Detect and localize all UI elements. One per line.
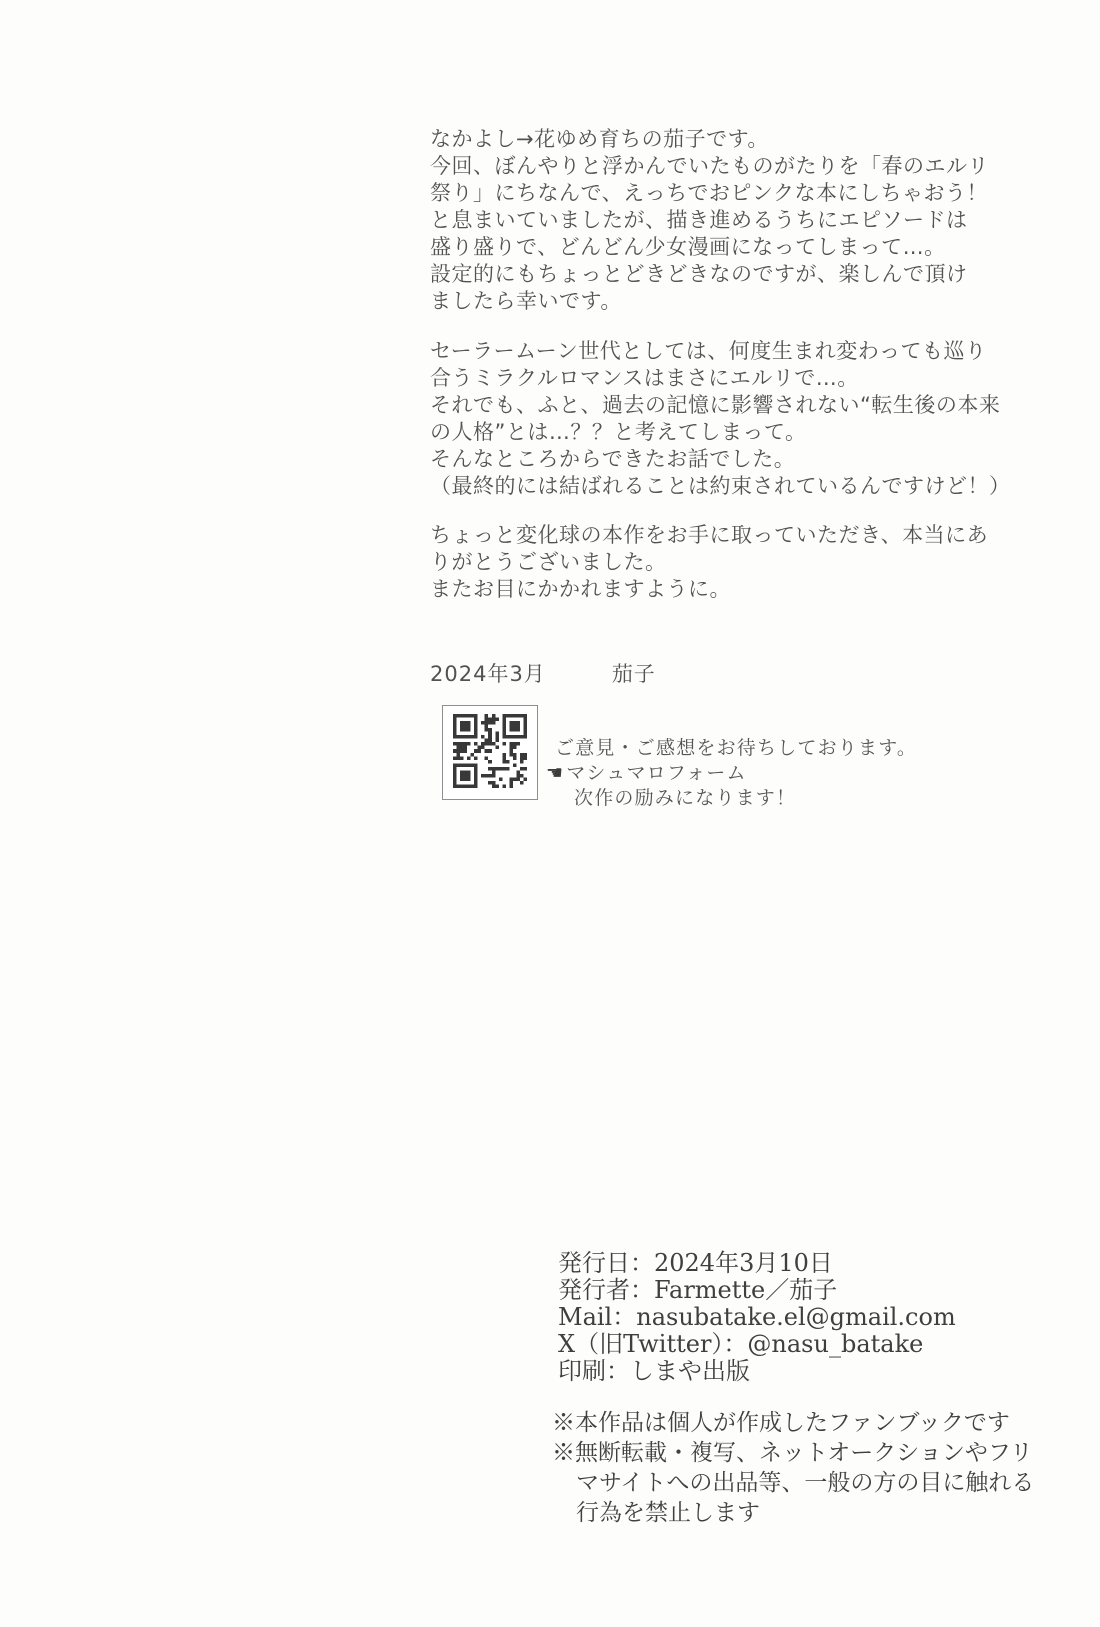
disclaimer-line: ※無断転載・複写、ネットオークションやフリ — [552, 1438, 1034, 1468]
colophon-line-x-twitter: X（旧Twitter）：@nasu_batake — [558, 1331, 956, 1358]
afterword-paragraph-1: なかよし→花ゆめ育ちの茄子です。 今回、ぼんやりと浮かんでいたものがたりを「春の… — [430, 126, 989, 315]
text-line: 盛り盛りで、どんどん少女漫画になってしまって…。 — [430, 234, 989, 261]
text-line: そんなところからできたお話でした。 — [430, 446, 1011, 473]
text-line: ちょっと変化球の本作をお手に取っていただき、本当にあ — [430, 522, 988, 549]
afterword-paragraph-2: セーラームーン世代としては、何度生まれ変わっても巡り 合うミラクルロマンスはまさ… — [430, 338, 1011, 500]
colophon-line-printer: 印刷：しまや出版 — [558, 1358, 956, 1385]
text-line: ましたら幸いです。 — [430, 288, 989, 315]
marshmallow-form-label: マシュマロフォーム — [566, 762, 746, 784]
disclaimer-line: ※本作品は個人が作成したファンブックです — [552, 1408, 1034, 1438]
text-line: なかよし→花ゆめ育ちの茄子です。 — [430, 126, 989, 153]
text-line: （最終的には結ばれることは約束されているんですけど！） — [430, 473, 1011, 500]
scanned-page: { "page": { "background": "#fdfdfc", "bo… — [0, 0, 1100, 1627]
disclaimer-line: 行為を禁止します — [552, 1498, 1034, 1528]
feedback-line: ご意見・ご感想をお待ちしております。 — [546, 736, 917, 761]
pointing-hand-left-icon: ☚ — [546, 762, 564, 784]
qr-code-box — [442, 705, 538, 800]
text-line: と息まいていましたが、描き進めるうちにエピソードは — [430, 207, 989, 234]
disclaimer-line: マサイトへの出品等、一般の方の目に触れる — [552, 1468, 1034, 1498]
disclaimer: ※本作品は個人が作成したファンブックです ※無断転載・複写、ネットオークションや… — [552, 1408, 1034, 1528]
text-line: 今回、ぼんやりと浮かんでいたものがたりを「春のエルリ — [430, 153, 989, 180]
date-signature-line: 2024年3月茄子 — [430, 658, 656, 688]
text-line: 合うミラクルロマンスはまさにエルリで…。 — [430, 365, 1011, 392]
author-name: 茄子 — [612, 662, 656, 686]
feedback-line: ☚マシュマロフォーム — [546, 761, 917, 786]
text-line: それでも、ふと、過去の記憶に影響されない“転生後の本来 — [430, 392, 1011, 419]
text-line: セーラームーン世代としては、何度生まれ変わっても巡り — [430, 338, 1011, 365]
text-line: 設定的にもちょっとどきどきなのですが、楽しんで頂け — [430, 261, 989, 288]
feedback-line: 次作の励みになります！ — [546, 786, 917, 811]
text-line: りがとうございました。 — [430, 549, 988, 576]
qr-code-icon — [453, 714, 527, 792]
colophon-line-publisher: 発行者：Farmette／茄子 — [558, 1277, 956, 1304]
publication-date: 2024年3月 — [430, 662, 546, 686]
colophon-line-publication-date: 発行日：2024年3月10日 — [558, 1250, 956, 1277]
text-line: またお目にかかれますように。 — [430, 576, 988, 603]
colophon-line-mail: Mail：nasubatake.el@gmail.com — [558, 1304, 956, 1331]
feedback-note: ご意見・ご感想をお待ちしております。 ☚マシュマロフォーム 次作の励みになります… — [546, 736, 917, 811]
text-line: 祭り」にちなんで、えっちでおピンクな本にしちゃおう！ — [430, 180, 989, 207]
afterword-paragraph-3: ちょっと変化球の本作をお手に取っていただき、本当にあ りがとうございました。 ま… — [430, 522, 988, 603]
text-line: の人格”とは…？？と考えてしまって。 — [430, 419, 1011, 446]
colophon: 発行日：2024年3月10日 発行者：Farmette／茄子 Mail：nasu… — [558, 1250, 956, 1385]
